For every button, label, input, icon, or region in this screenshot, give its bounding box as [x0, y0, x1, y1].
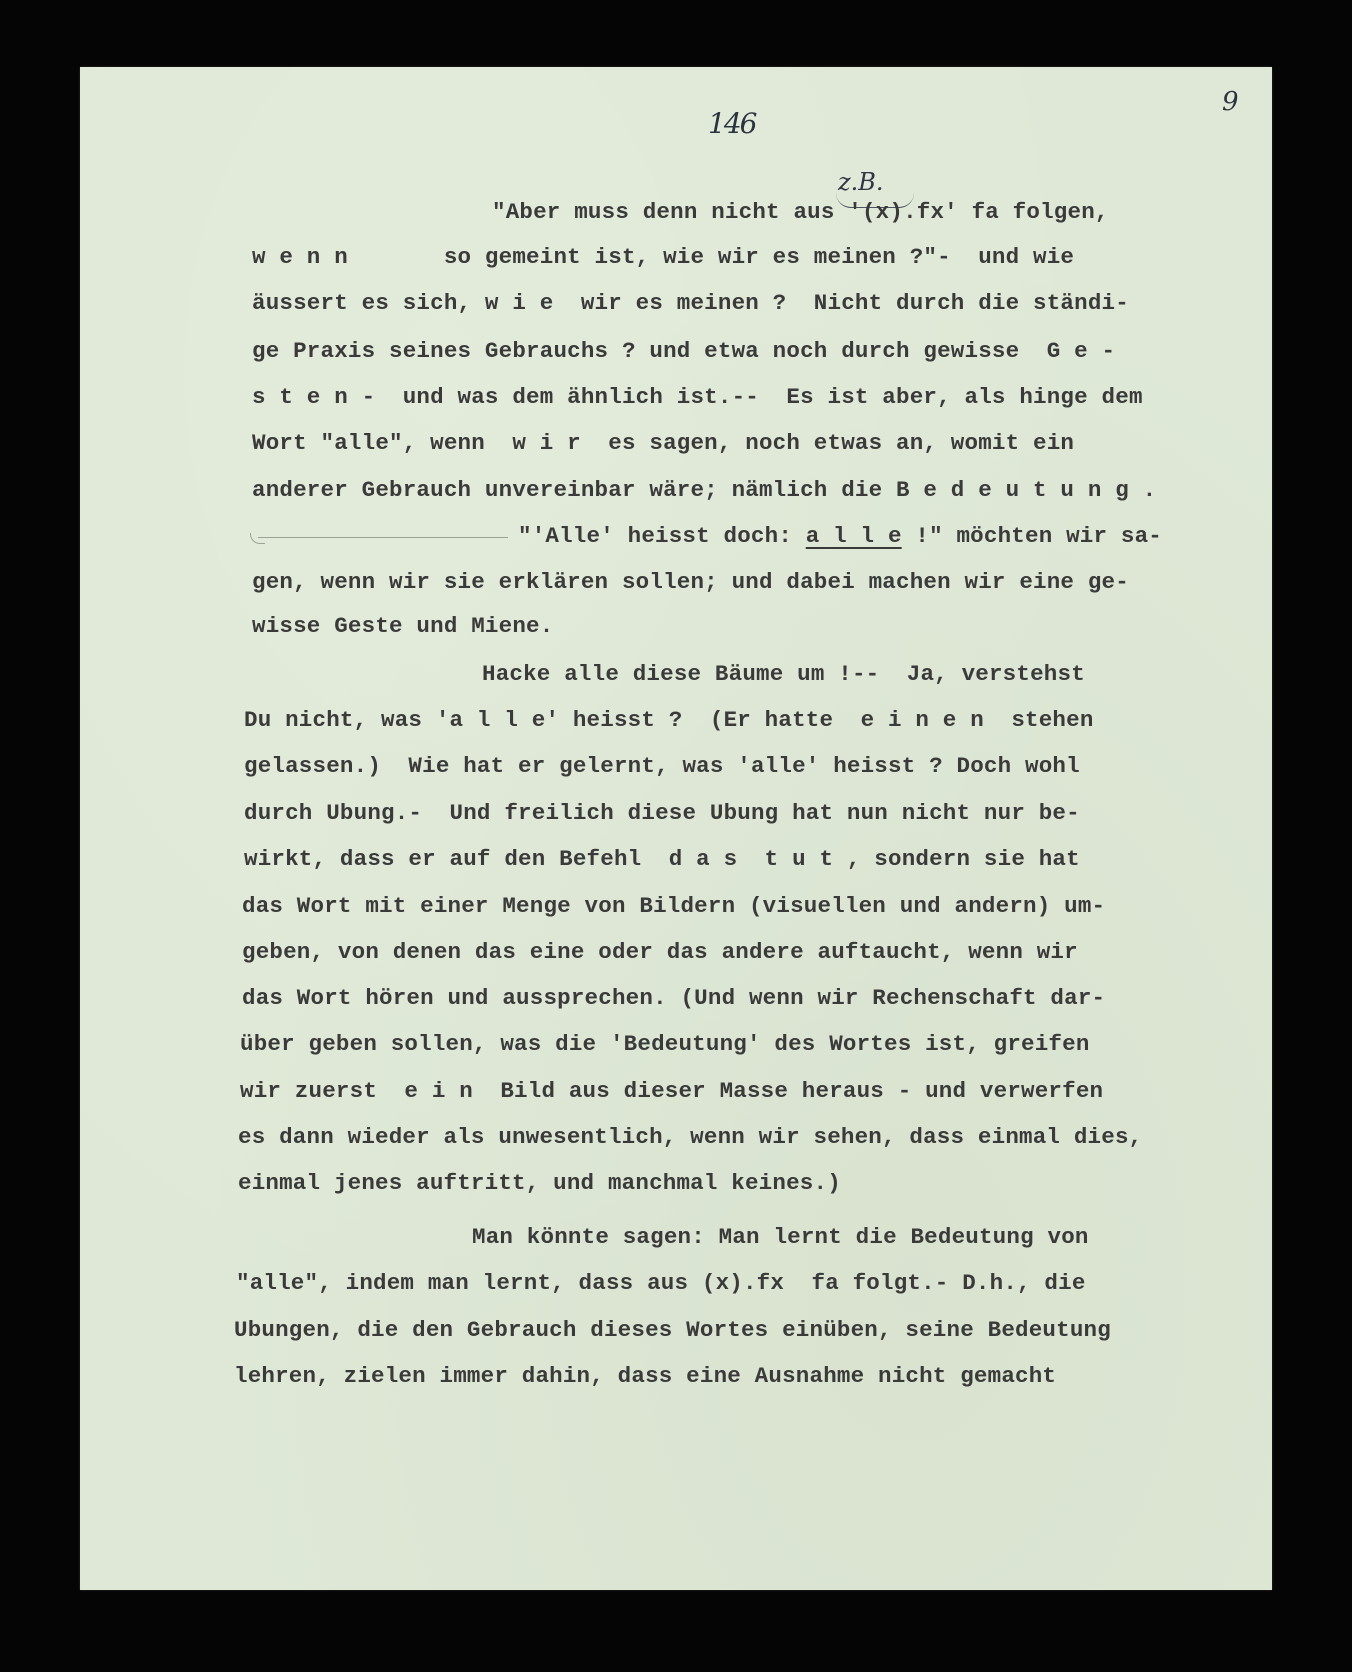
text-line: durch Ubung.- Und freilich diese Ubung h…: [244, 800, 1080, 826]
text-segment: "'Alle' heisst doch:: [518, 523, 806, 549]
text-line: anderer Gebrauch unvereinbar wäre; nämli…: [252, 477, 1156, 503]
text-line: "alle", indem man lernt, dass aus (x).fx…: [236, 1270, 1086, 1296]
text-line: wir zuerst e i n Bild aus dieser Masse h…: [240, 1078, 1103, 1104]
text-line: wisse Geste und Miene.: [252, 613, 553, 639]
typescript-page: 146 9 z.B. "Aber muss denn nicht aus '(x…: [80, 67, 1272, 1590]
text-line: gelassen.) Wie hat er gelernt, was 'alle…: [244, 753, 1080, 779]
text-line: "Aber muss denn nicht aus '(x).fx' fa fo…: [492, 199, 1109, 225]
text-line: wirkt, dass er auf den Befehl d a s t u …: [244, 846, 1080, 872]
text-line: Ubungen, die den Gebrauch dieses Wortes …: [234, 1317, 1111, 1343]
text-line: Hacke alle diese Bäume um !-- Ja, verste…: [482, 661, 1085, 687]
text-line: gen, wenn wir sie erklären sollen; und d…: [252, 569, 1129, 595]
text-line: es dann wieder als unwesentlich, wenn wi…: [238, 1124, 1142, 1150]
handwritten-arrow-line: [258, 537, 508, 542]
text-line: s t e n - und was dem ähnlich ist.-- Es …: [252, 384, 1143, 410]
text-line: einmal jenes auftritt, und manchmal kein…: [238, 1170, 841, 1196]
text-line: "'Alle' heisst doch: a l l e !" möchten …: [518, 523, 1162, 549]
handwritten-folio-number: 9: [1222, 87, 1239, 117]
text-line: lehren, zielen immer dahin, dass eine Au…: [234, 1363, 1056, 1389]
text-line: Man könnte sagen: Man lernt die Bedeutun…: [472, 1224, 1089, 1250]
text-line: Wort "alle", wenn w i r es sagen, noch e…: [252, 430, 1074, 456]
text-line: ge Praxis seines Gebrauchs ? und etwa no…: [252, 338, 1115, 364]
underlined-word: a l l e: [806, 523, 902, 549]
text-line: Du nicht, was 'a l l e' heisst ? (Er hat…: [244, 707, 1094, 733]
text-segment: !" möchten wir sa-: [902, 523, 1162, 549]
text-line: über geben sollen, was die 'Bedeutung' d…: [240, 1031, 1090, 1057]
text-line: äussert es sich, w i e wir es meinen ? N…: [252, 290, 1129, 316]
text-line: das Wort mit einer Menge von Bildern (vi…: [242, 893, 1105, 919]
text-line: das Wort hören und aussprechen. (Und wen…: [242, 985, 1105, 1011]
handwritten-page-number: 146: [708, 107, 755, 140]
text-line: w e n n so gemeint ist, wie wir es meine…: [252, 244, 1074, 270]
handwritten-insertion-note: z.B.: [838, 168, 884, 196]
text-line: geben, von denen das eine oder das ander…: [242, 939, 1078, 965]
